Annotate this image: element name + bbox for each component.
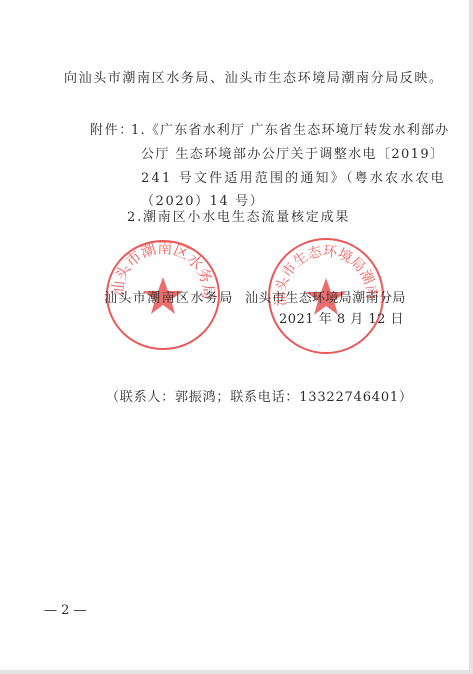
- attachment-item-2: 2.潮南区小水电生态流量核定成果: [127, 206, 350, 225]
- signature-date: 2021 年 8 月 12 日: [279, 308, 404, 327]
- attachment-item-1-line-1: 1.《广东省水利厅 广东省生态环境厅转发水利部办: [131, 119, 449, 138]
- attachment-label: 附件：: [90, 119, 134, 138]
- contact-info: （联系人：郭振鸿；联系电话：13322746401）: [106, 386, 413, 405]
- page-number: — 2 —: [44, 603, 87, 618]
- page-edge-right: [469, 0, 473, 674]
- document-page: 向汕头市潮南区水务局、汕头市生态环境局潮南分局反映。 附件： 1.《广东省水利厅…: [0, 0, 469, 670]
- attachment-item-1-line-2: 公厅 生态环境部办公厅关于调整水电〔2019〕: [141, 143, 444, 162]
- page-edge-bottom: [0, 670, 473, 674]
- body-text-line: 向汕头市潮南区水务局、汕头市生态环境局潮南分局反映。: [64, 67, 444, 86]
- signature-left-org: 汕头市潮南区水务局: [104, 287, 234, 306]
- signature-right-org: 汕头市生态环境局潮南分局: [245, 287, 406, 306]
- attachment-item-1-line-3: 241 号文件适用范围的通知》（粤水农水农电: [141, 167, 446, 186]
